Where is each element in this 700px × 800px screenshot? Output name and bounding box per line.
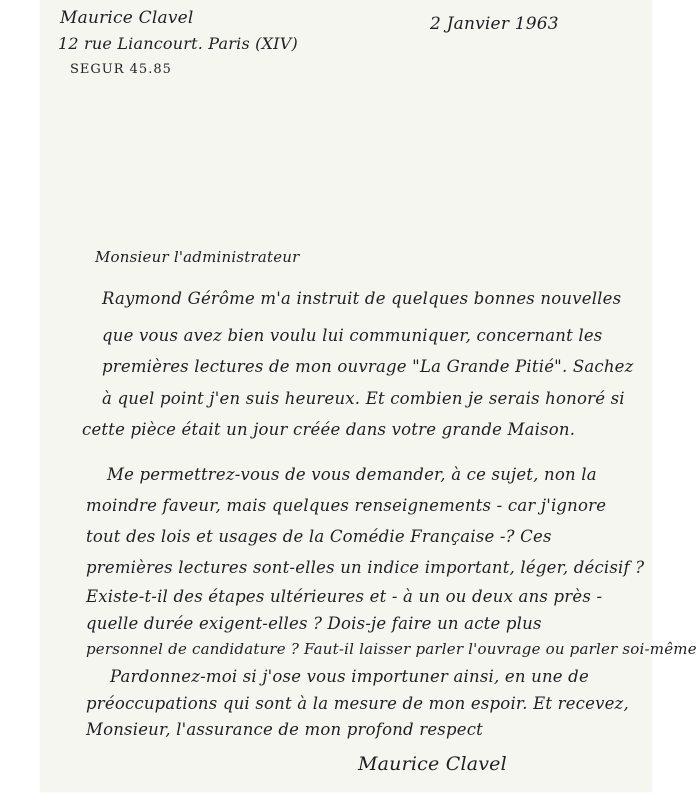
signature: Maurice Clavel	[358, 753, 507, 775]
body-line: Monsieur, l'assurance de mon profond res…	[86, 720, 483, 739]
body-line: Me permettrez-vous de vous demander, à c…	[107, 465, 597, 484]
body-line: tout des lois et usages de la Comédie Fr…	[86, 527, 552, 546]
body-line: cette pièce était un jour créée dans vot…	[82, 420, 575, 439]
body-line: personnel de candidature ? Faut-il laiss…	[86, 640, 700, 658]
sender-phone: SEGUR 45.85	[70, 62, 172, 77]
body-line: Pardonnez-moi si j'ose vous importuner a…	[110, 667, 589, 686]
body-line: préoccupations qui sont à la mesure de m…	[86, 694, 629, 713]
salutation: Monsieur l'administrateur	[95, 248, 300, 266]
body-line: quelle durée exigent-elles ? Dois-je fai…	[86, 614, 542, 633]
sender-name: Maurice Clavel	[60, 8, 194, 28]
sender-address: 12 rue Liancourt. Paris (XIV)	[58, 34, 298, 53]
body-line: Raymond Gérôme m'a instruit de quelques …	[102, 289, 621, 308]
letter-date: 2 Janvier 1963	[430, 14, 559, 34]
body-line: que vous avez bien voulu lui communiquer…	[102, 326, 602, 345]
body-line: premières lectures sont-elles un indice …	[86, 558, 644, 577]
body-line: Existe-t-il des étapes ultérieures et - …	[86, 587, 602, 606]
body-line: moindre faveur, mais quelques renseignem…	[86, 496, 606, 515]
body-line: à quel point j'en suis heureux. Et combi…	[102, 389, 625, 408]
body-line: premières lectures de mon ouvrage "La Gr…	[102, 357, 634, 376]
